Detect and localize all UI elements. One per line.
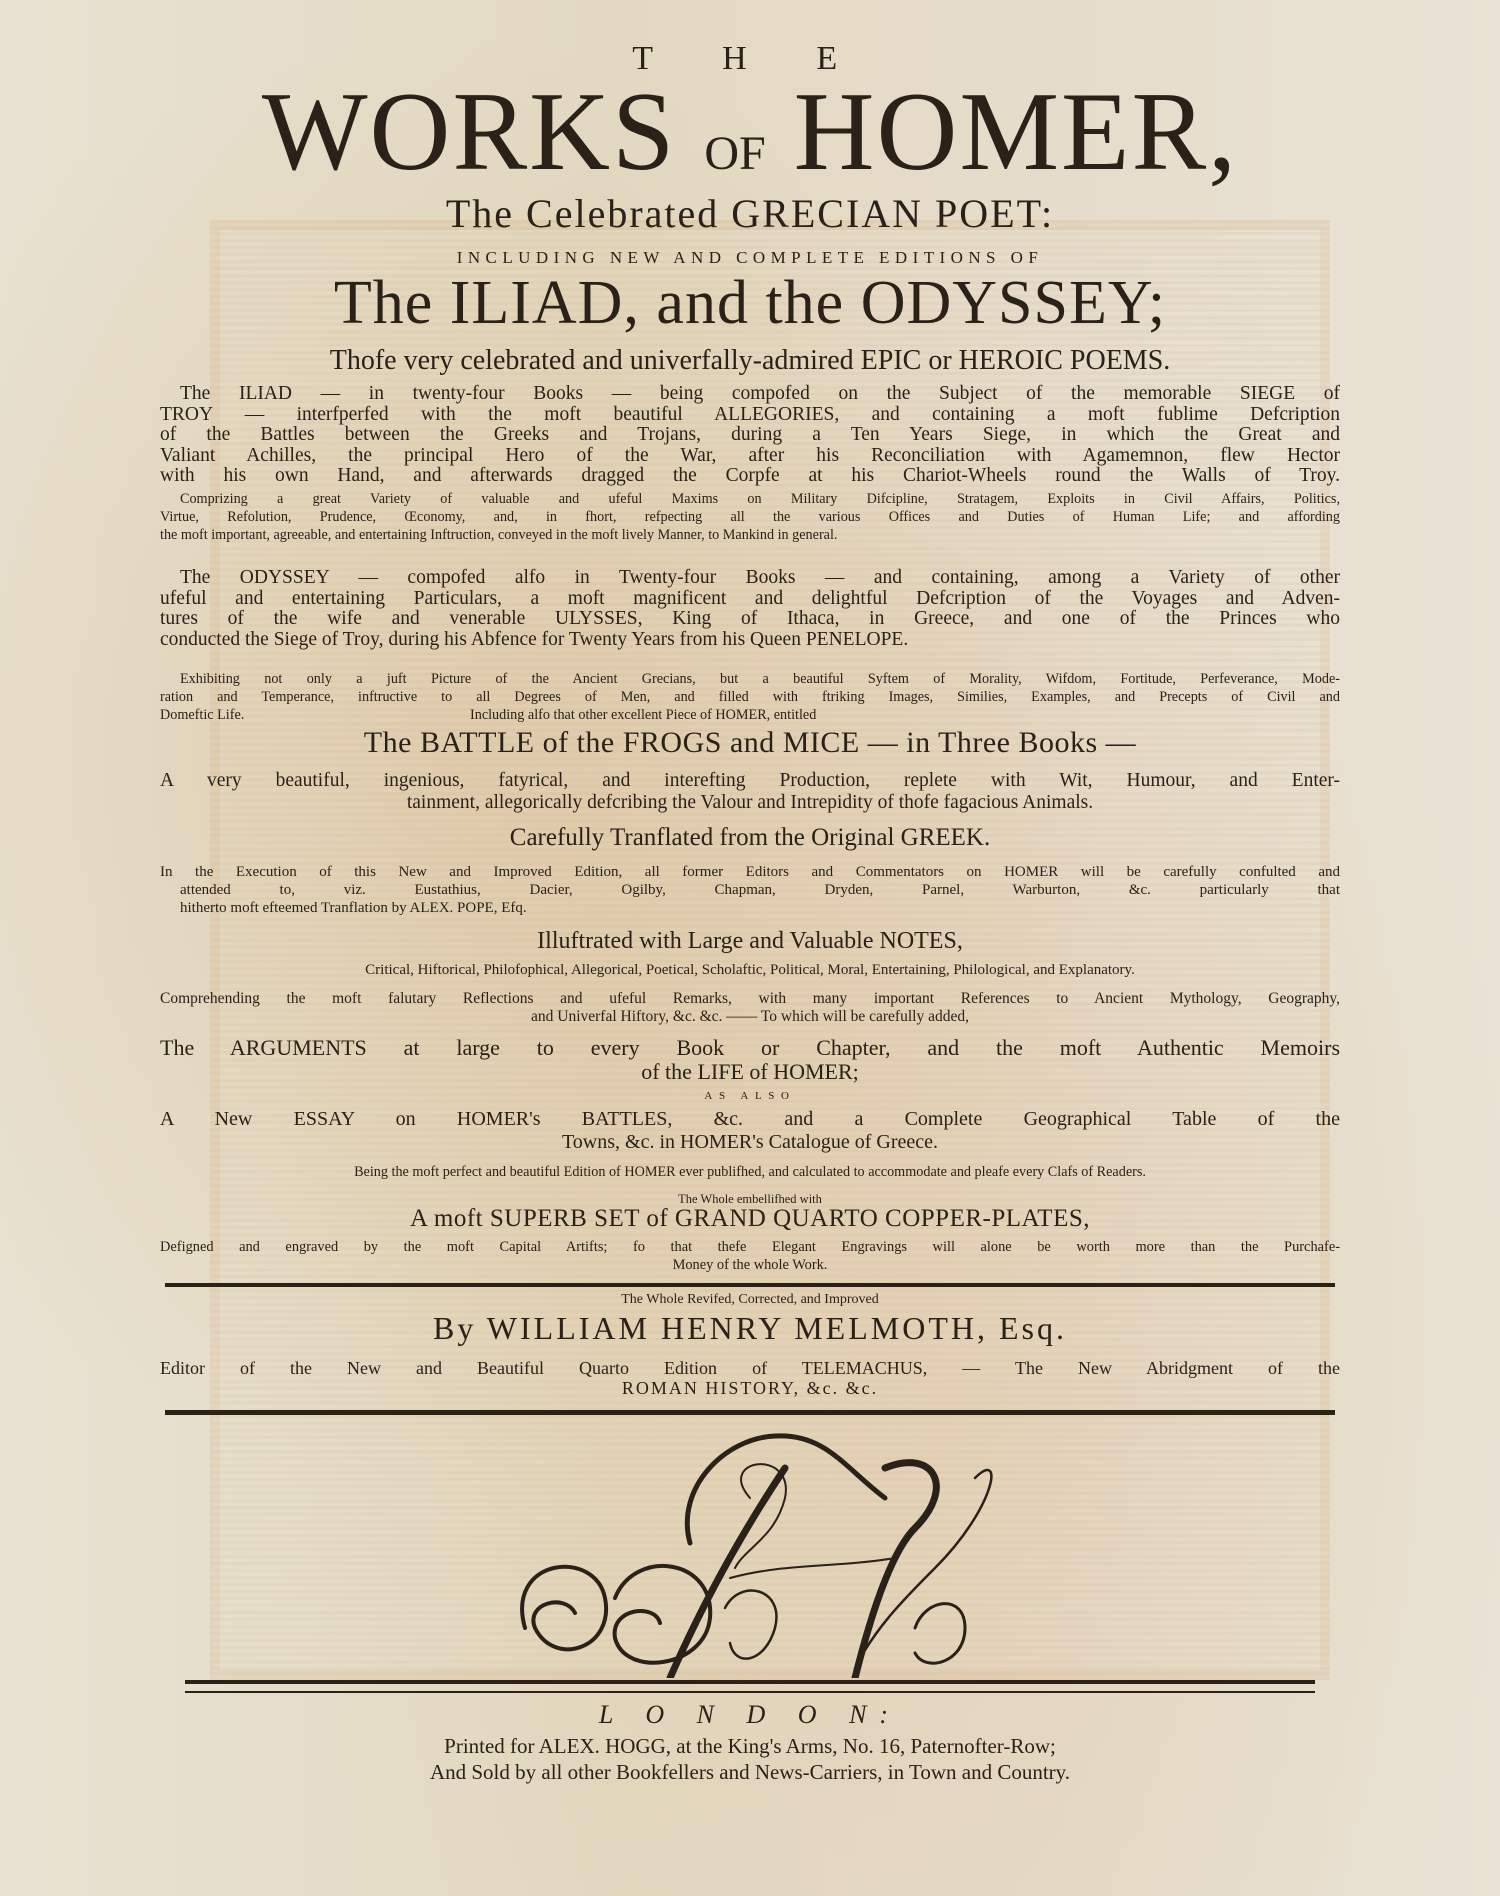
imprint-sold: And Sold by all other Bookfellers and Ne… — [160, 1760, 1340, 1785]
monogram-ornament — [495, 1428, 1015, 1678]
divider-rule — [165, 1283, 1335, 1287]
iliad-line: Valiant Achilles, the principal Hero of … — [160, 446, 1340, 467]
as-also: AS ALSO — [160, 1090, 1340, 1102]
imprint-printed: Printed for ALEX. HOGG, at the King's Ar… — [160, 1734, 1340, 1759]
comprehending-paragraph: Comprehending the moft falutary Reflecti… — [160, 990, 1340, 1026]
superb-set-line: A moft SUPERB SET of GRAND QUARTO COPPER… — [160, 1205, 1340, 1233]
editor-line: ROMAN HISTORY, &c. &c. — [160, 1378, 1340, 1398]
designed-paragraph: Defigned and engraved by the moft Capita… — [160, 1238, 1340, 1274]
iliad-comprizing: Comprizing a great Variety of valuable a… — [160, 490, 1340, 544]
title-of: OF — [704, 127, 765, 180]
battle-description: A very beautiful, ingenious, fatyrical, … — [160, 770, 1340, 814]
editor-line: Editor of the New and Beautiful Quarto E… — [160, 1358, 1340, 1378]
including-line: INCLUDING NEW AND COMPLETE EDITIONS OF — [160, 248, 1340, 268]
arguments-paragraph: The ARGUMENTS at large to every Book or … — [160, 1036, 1340, 1084]
illustrated-line: Illuftrated with Large and Valuable NOTE… — [160, 928, 1340, 955]
battle-desc-line: tainment, allegorically defcribing the V… — [160, 792, 1340, 814]
exhibiting-line: ration and Temperance, inftructive to al… — [160, 688, 1340, 706]
arguments-line: The ARGUMENTS at large to every Book or … — [160, 1036, 1340, 1060]
essay-line: Towns, &c. in HOMER's Catalogue of Greec… — [160, 1131, 1340, 1154]
comprizing-line: Virtue, Refolution, Prudence, Œconomy, a… — [160, 508, 1340, 526]
odyssey-line: ufeful and entertaining Particulars, a m… — [160, 589, 1340, 610]
iliad-line: The ILIAD — in twenty-four Books — being… — [160, 384, 1340, 405]
those-celebrated-line: Thofe very celebrated and univerfally-ad… — [160, 345, 1340, 377]
being-line: Being the moft perfect and beautiful Edi… — [160, 1164, 1340, 1181]
essay-paragraph: A New ESSAY on HOMER's BATTLES, &c. and … — [160, 1108, 1340, 1154]
iliad-line: of the Battles between the Greeks and Tr… — [160, 425, 1340, 446]
battle-desc-line: A very beautiful, ingenious, fatyrical, … — [160, 770, 1340, 792]
translated-line: Carefully Tranflated from the Original G… — [160, 824, 1340, 852]
including-also: Including alfo that other excellent Piec… — [470, 706, 816, 724]
editor-paragraph: Editor of the New and Beautiful Quarto E… — [160, 1358, 1340, 1398]
battle-frogs-title: The BATTLE of the FROGS and MICE — in Th… — [160, 726, 1340, 760]
domestic-life: Domeftic Life. — [160, 706, 244, 724]
iliad-odyssey-title: The ILIAD, and the ODYSSEY; — [160, 268, 1340, 339]
title-homer: HOMER, — [794, 70, 1238, 194]
essay-line: A New ESSAY on HOMER's BATTLES, &c. and … — [160, 1108, 1340, 1131]
odyssey-line: The ODYSSEY — compofed alfo in Twenty-fo… — [160, 568, 1340, 589]
comprehending-line: Comprehending the moft falutary Reflecti… — [160, 990, 1340, 1008]
iliad-line: TROY — interfperfed with the moft beauti… — [160, 405, 1340, 426]
odyssey-paragraph: The ODYSSEY — compofed alfo in Twenty-fo… — [160, 568, 1340, 650]
odyssey-exhibiting: Exhibiting not only a juft Picture of th… — [160, 670, 1340, 724]
arguments-line: of the LIFE of HOMER; — [160, 1060, 1340, 1084]
critical-line: Critical, Hiftorical, Philofophical, All… — [160, 962, 1340, 979]
title-works: WORKS — [262, 70, 676, 194]
iliad-paragraph: The ILIAD — in twenty-four Books — being… — [160, 384, 1340, 487]
execution-line: attended to, viz. Eustathius, Dacier, Og… — [160, 881, 1340, 899]
imprint-city: L O N D O N: — [160, 1700, 1340, 1730]
odyssey-line: conducted the Siege of Troy, during his … — [160, 630, 1340, 651]
designed-line: Money of the whole Work. — [160, 1256, 1340, 1274]
imprint-rule-bottom — [185, 1691, 1315, 1693]
divider-rule — [165, 1410, 1335, 1415]
comprizing-line: Comprizing a great Variety of valuable a… — [160, 490, 1340, 508]
execution-line: hitherto moft efteemed Tranflation by AL… — [160, 899, 1340, 917]
comprehending-line: and Univerfal Hiftory, &c. &c. —— To whi… — [160, 1008, 1340, 1026]
revised-line: The Whole Revifed, Corrected, and Improv… — [160, 1292, 1340, 1308]
comprizing-line: the moft important, agreeable, and enter… — [160, 526, 1340, 544]
exhibiting-line: Exhibiting not only a juft Picture of th… — [160, 670, 1340, 688]
execution-paragraph: In the Execution of this New and Improve… — [160, 863, 1340, 917]
iliad-line: with his own Hand, and afterwards dragge… — [160, 466, 1340, 487]
author-line: By WILLIAM HENRY MELMOTH, Esq. — [160, 1310, 1340, 1347]
subtitle: The Celebrated GRECIAN POET: — [160, 190, 1340, 237]
odyssey-line: tures of the wife and venerable ULYSSES,… — [160, 609, 1340, 630]
designed-line: Defigned and engraved by the moft Capita… — [160, 1238, 1340, 1256]
imprint-rule-top — [185, 1680, 1315, 1684]
execution-line: In the Execution of this New and Improve… — [160, 863, 1340, 881]
